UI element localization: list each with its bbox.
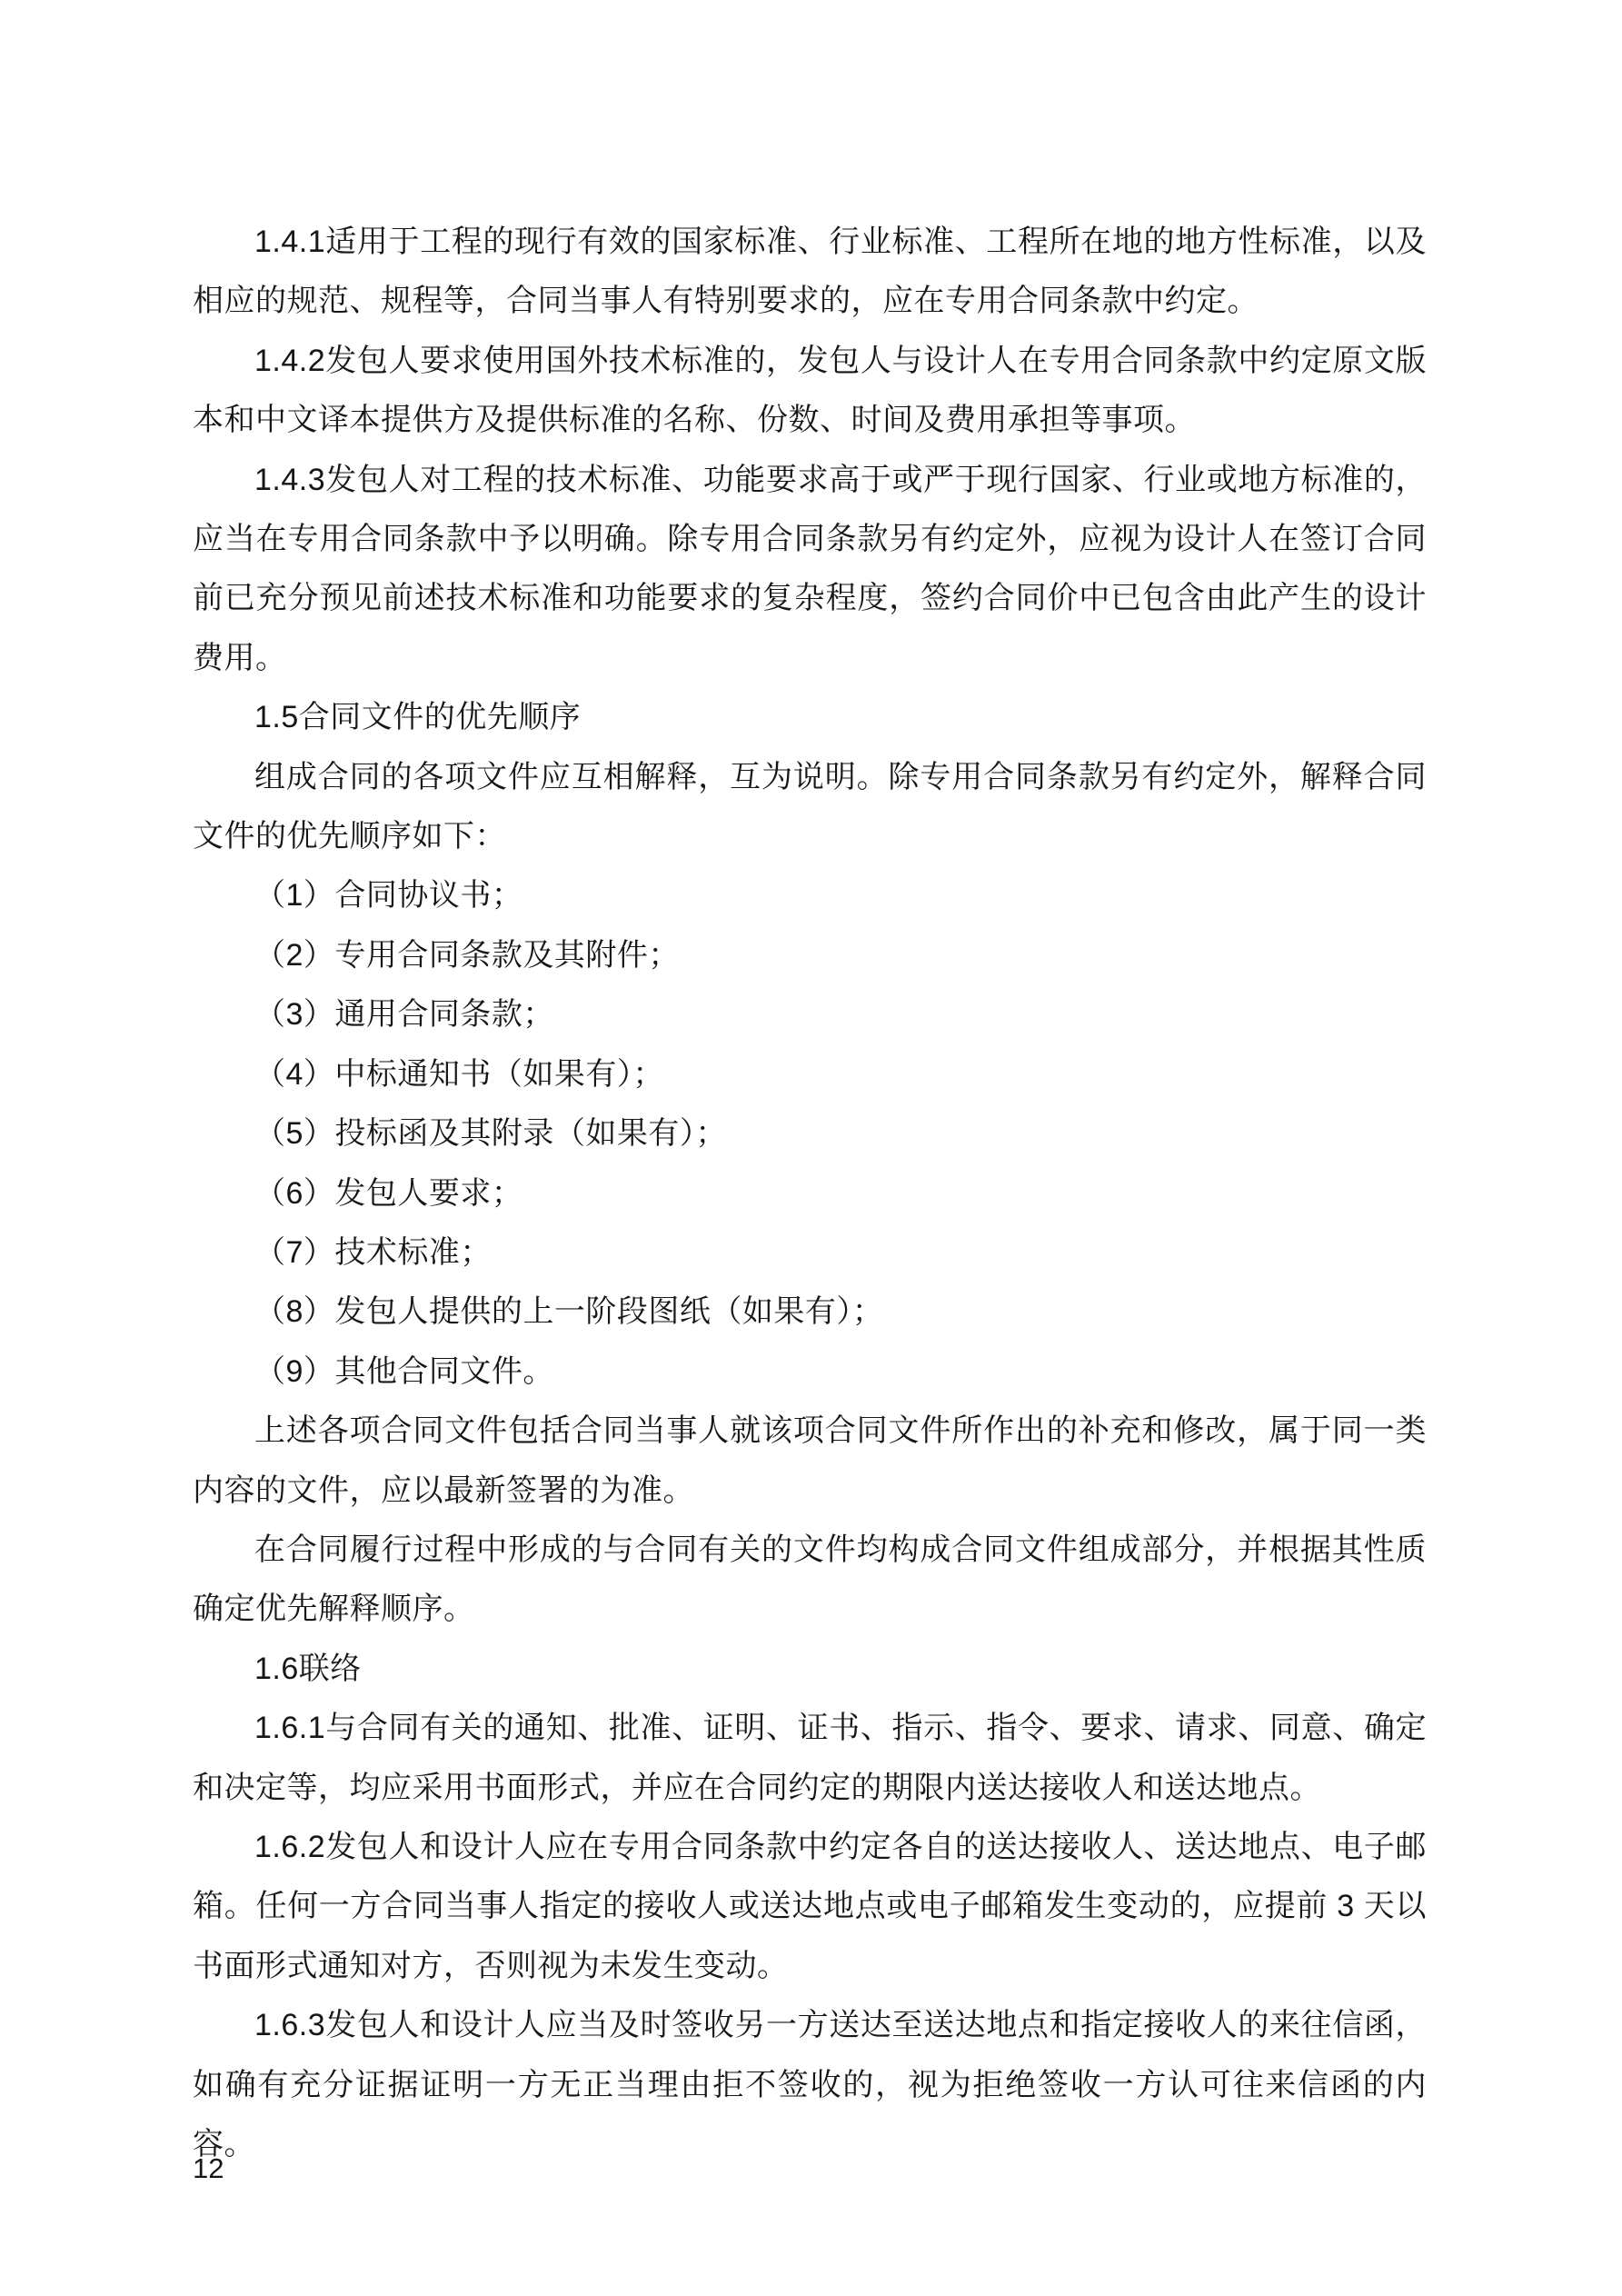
priority-list-item-3: （3）通用合同条款； bbox=[193, 985, 1427, 1044]
clause-formed-documents: 在合同履行过程中形成的与合同有关的文件均构成合同文件组成部分，并根据其性质确定优… bbox=[193, 1521, 1427, 1640]
document-body: 1.4.1适用于工程的现行有效的国家标准、行业标准、工程所在地的地方性标准，以及… bbox=[193, 213, 1427, 2174]
clause-1-4-1: 1.4.1适用于工程的现行有效的国家标准、行业标准、工程所在地的地方性标准，以及… bbox=[193, 213, 1427, 332]
page-number: 12 bbox=[193, 2151, 224, 2187]
priority-list-item-7: （7）技术标准； bbox=[193, 1223, 1427, 1283]
clause-1-6-3: 1.6.3发包人和设计人应当及时签收另一方送达至送达地点和指定接收人的来往信函，… bbox=[193, 1996, 1427, 2174]
priority-list-item-5: （5）投标函及其附录（如果有）； bbox=[193, 1104, 1427, 1163]
clause-1-6-2: 1.6.2发包人和设计人应在专用合同条款中约定各自的送达接收人、送达地点、电子邮… bbox=[193, 1818, 1427, 1996]
priority-list-item-8: （8）发包人提供的上一阶段图纸（如果有）； bbox=[193, 1283, 1427, 1342]
priority-list-item-4: （4）中标通知书（如果有）； bbox=[193, 1045, 1427, 1104]
priority-list-item-2: （2）专用合同条款及其附件； bbox=[193, 926, 1427, 985]
clause-1-6-1: 1.6.1与合同有关的通知、批准、证明、证书、指示、指令、要求、请求、同意、确定… bbox=[193, 1699, 1427, 1818]
clause-latest-signed: 上述各项合同文件包括合同当事人就该项合同文件所作出的补充和修改，属于同一类内容的… bbox=[193, 1402, 1427, 1521]
heading-1-5: 1.5合同文件的优先顺序 bbox=[193, 688, 1427, 747]
priority-list-item-9: （9）其他合同文件。 bbox=[193, 1343, 1427, 1402]
priority-list-item-1: （1）合同协议书； bbox=[193, 866, 1427, 925]
priority-list-item-6: （6）发包人要求； bbox=[193, 1164, 1427, 1223]
clause-1-4-2: 1.4.2发包人要求使用国外技术标准的，发包人与设计人在专用合同条款中约定原文版… bbox=[193, 332, 1427, 451]
heading-1-6: 1.6联络 bbox=[193, 1640, 1427, 1699]
document-page: 1.4.1适用于工程的现行有效的国家标准、行业标准、工程所在地的地方性标准，以及… bbox=[0, 0, 1622, 2296]
clause-priority-intro: 组成合同的各项文件应互相解释，互为说明。除专用合同条款另有约定外，解释合同文件的… bbox=[193, 748, 1427, 867]
clause-1-4-3: 1.4.3发包人对工程的技术标准、功能要求高于或严于现行国家、行业或地方标准的，… bbox=[193, 451, 1427, 689]
